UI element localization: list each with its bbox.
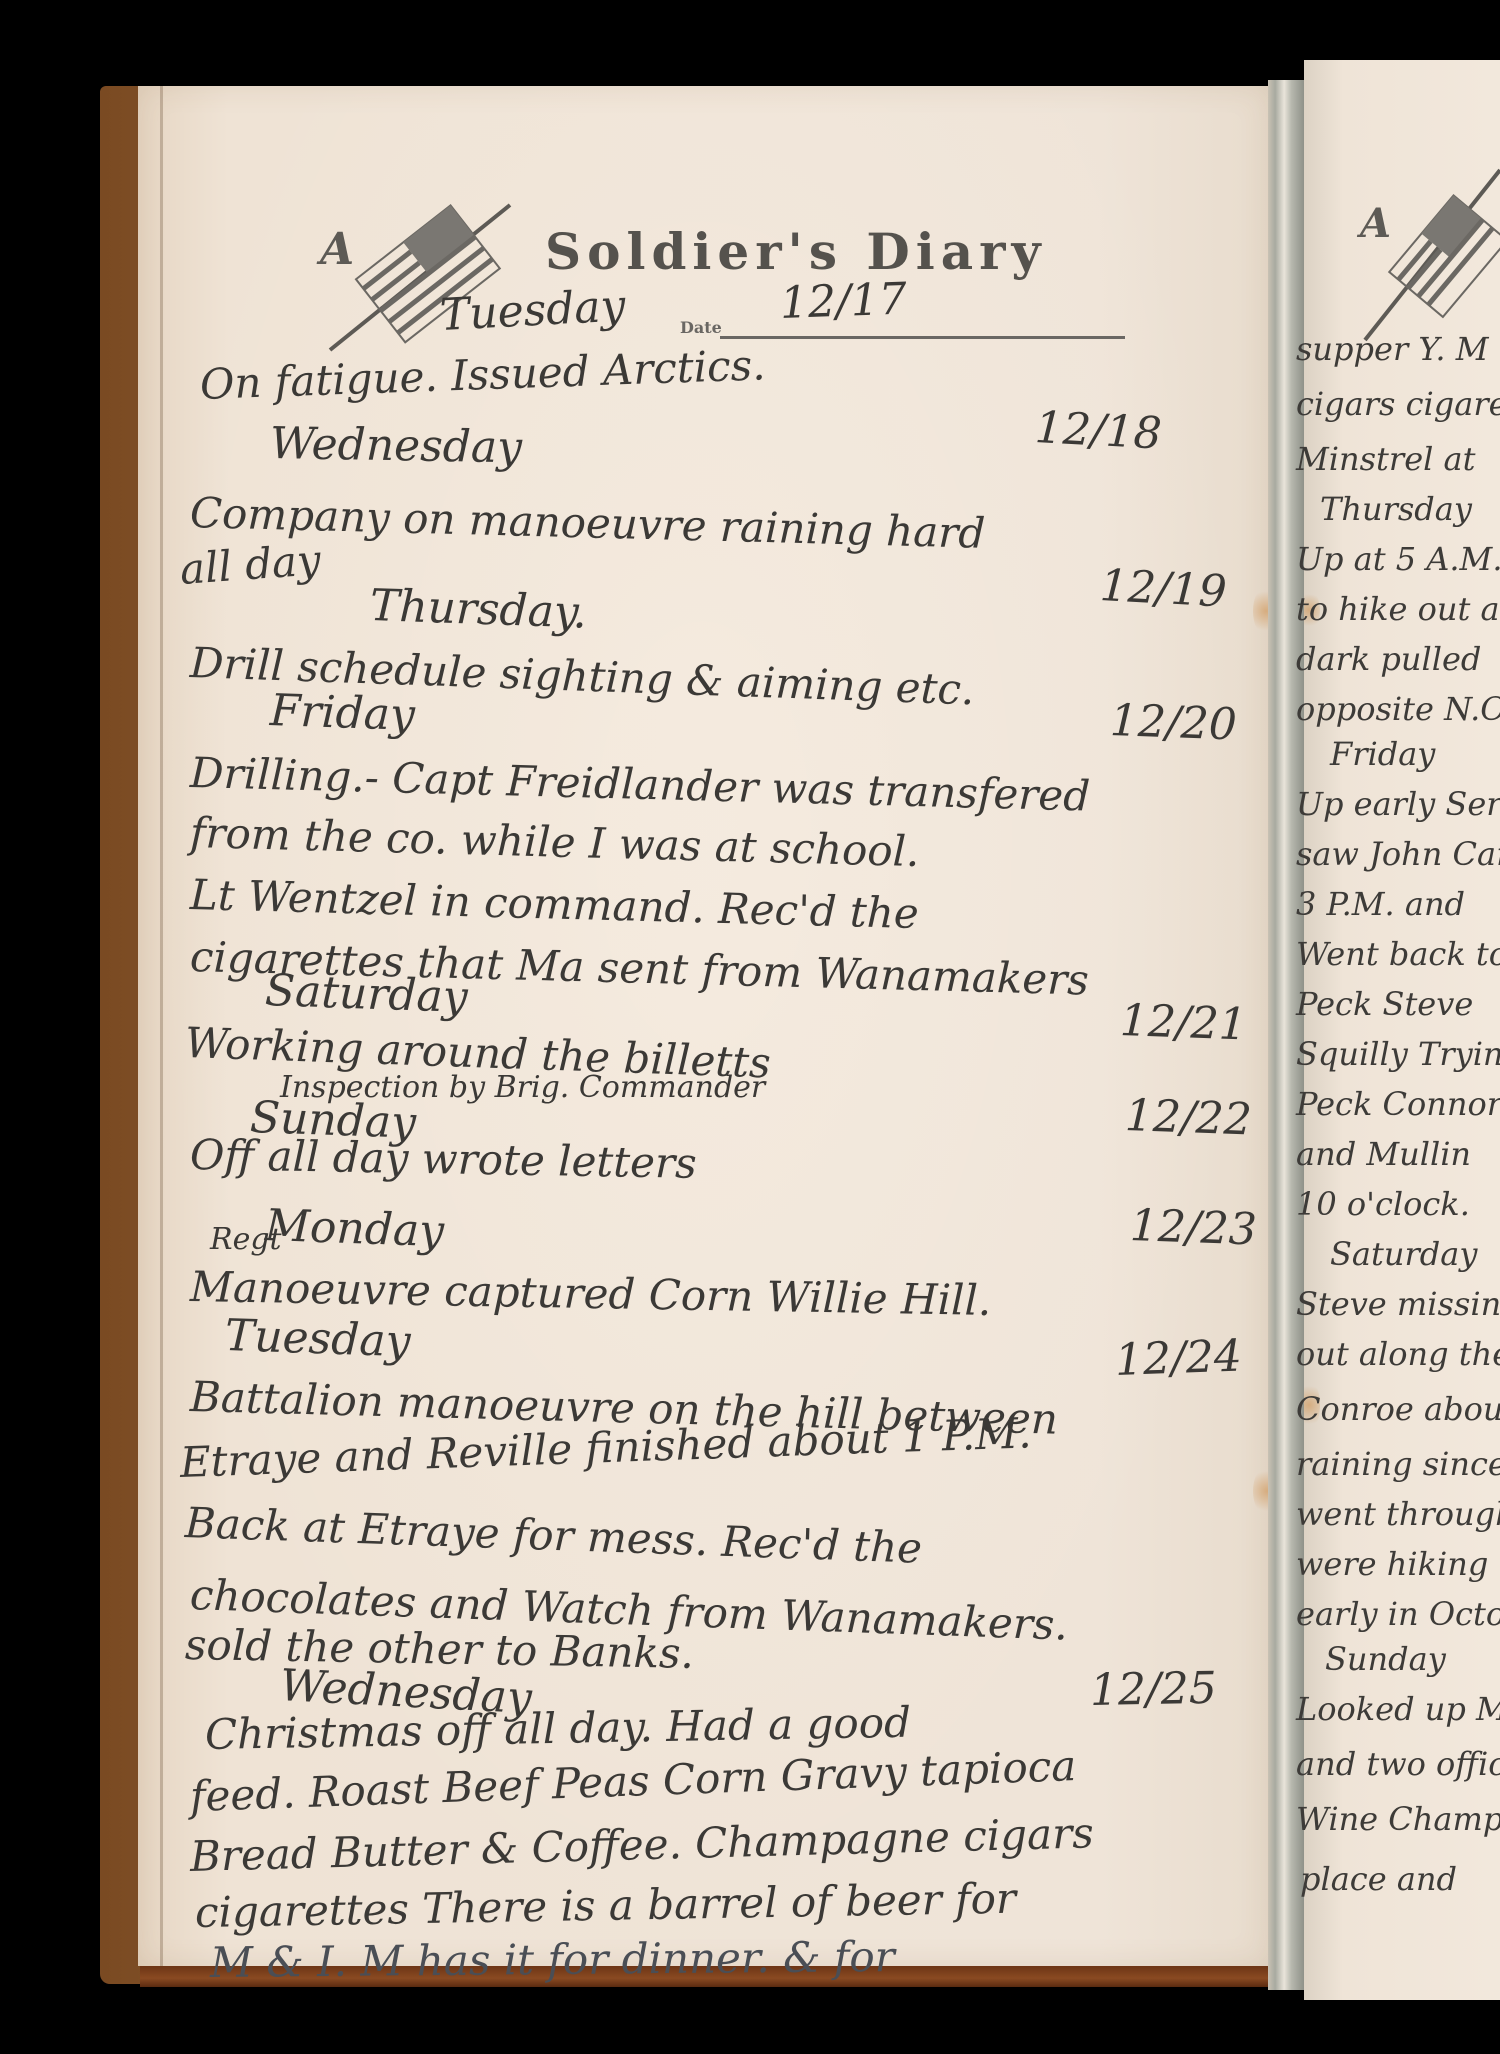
- right-page-line: 3 P.M. and: [1296, 885, 1465, 923]
- right-page-line: Peck Steve: [1296, 985, 1473, 1023]
- right-page-line: opposite N.O.: [1296, 690, 1500, 728]
- american-flag-icon: [1355, 150, 1500, 350]
- entry-line: all day: [178, 535, 322, 594]
- right-page-line: Sunday: [1325, 1640, 1446, 1678]
- page-hinge-line: [160, 86, 163, 1966]
- entry-date: 12/23: [1129, 1200, 1258, 1255]
- entry-date: 12/17: [779, 274, 908, 329]
- right-page-line: Friday: [1330, 735, 1435, 773]
- entry-day: Saturday: [264, 965, 468, 1023]
- right-page-line: Up early Sergt: [1296, 785, 1500, 823]
- entry-date: 12/19: [1099, 560, 1228, 618]
- right-page-line: cigars cigarett: [1296, 385, 1500, 423]
- printed-date-underline: [720, 336, 1125, 339]
- entry-line: Off all day wrote letters: [190, 1130, 698, 1188]
- right-page-line: dark pulled: [1296, 640, 1481, 678]
- right-page-line: Peck Connor: [1296, 1085, 1500, 1123]
- right-page-line: supper Y. M: [1296, 330, 1489, 368]
- right-page-line: Wine Champa: [1296, 1800, 1500, 1838]
- right-page-line: Went back to: [1296, 935, 1500, 973]
- right-page-line: place and: [1300, 1860, 1457, 1898]
- right-page-line: Up at 5 A.M.: [1296, 540, 1500, 578]
- right-page-line: Saturday: [1330, 1235, 1477, 1273]
- right-page-line: and two offic: [1296, 1745, 1500, 1783]
- entry-day: Thursday.: [369, 580, 588, 639]
- entry-date: 12/25: [1090, 1663, 1218, 1716]
- right-page-line: saw John Camp: [1296, 835, 1500, 873]
- right-page-line: out along the: [1296, 1335, 1500, 1373]
- right-page-line: 10 o'clock.: [1296, 1185, 1470, 1223]
- right-page-line: early in Octo: [1296, 1595, 1500, 1633]
- printed-date-label: Date: [680, 318, 722, 337]
- right-page-line: Minstrel at: [1296, 440, 1475, 478]
- entry-day: Tuesday: [224, 1310, 411, 1367]
- right-page-line: were hiking: [1296, 1545, 1488, 1583]
- entry-date: 12/22: [1124, 1090, 1253, 1145]
- entry-date: 12/20: [1109, 695, 1238, 750]
- right-page-line: Steve missin: [1296, 1285, 1500, 1323]
- header-title: Soldier's Diary: [545, 222, 1047, 281]
- right-page-line: Thursday: [1320, 490, 1472, 528]
- entry-date: 12/18: [1034, 402, 1163, 460]
- entry-date: 12/21: [1119, 995, 1248, 1050]
- right-page-line: Squilly Trying: [1296, 1035, 1500, 1073]
- right-page-line: Conroe about: [1296, 1390, 1500, 1428]
- right-page-line: went through: [1296, 1495, 1500, 1533]
- entry-date: 12/24: [1114, 1331, 1243, 1386]
- right-page-line: and Mullin: [1296, 1135, 1471, 1173]
- right-page-line: Looked up M: [1296, 1690, 1500, 1728]
- right-page-line: raining since: [1296, 1445, 1500, 1483]
- entry-day: Monday: [264, 1200, 445, 1257]
- entry-day: Wednesday: [270, 418, 523, 473]
- right-page-line: to hike out a: [1296, 590, 1500, 628]
- entry-day: Tuesday: [439, 280, 627, 341]
- entry-day: Friday: [269, 685, 416, 741]
- entry-line: M & I. M has it for dinner. & for: [210, 1932, 895, 1987]
